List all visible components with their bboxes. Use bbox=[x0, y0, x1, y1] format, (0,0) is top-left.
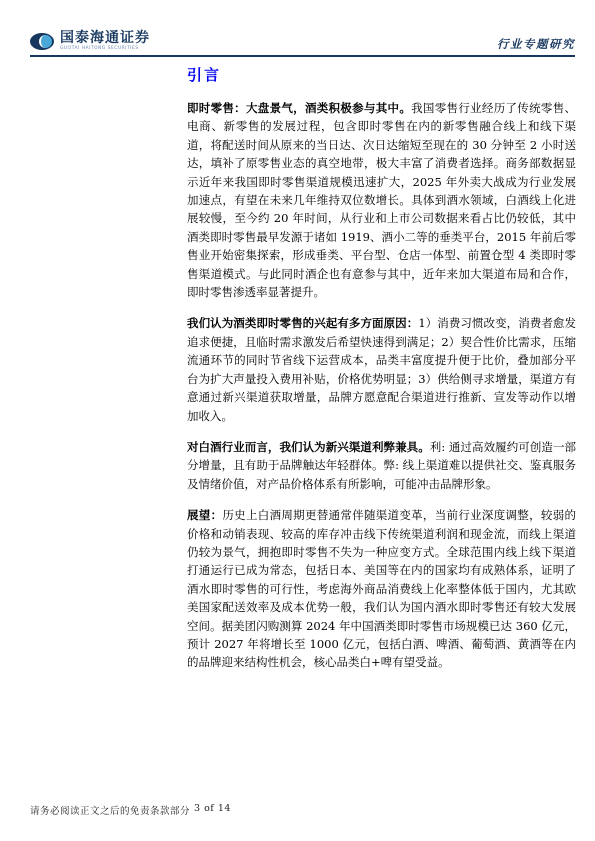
disclaimer-text: 请务必阅读正文之后的免责条款部分 bbox=[30, 803, 190, 817]
paragraph-lead: 对白酒行业而言，我们认为新兴渠道利弊兼具。 bbox=[187, 440, 430, 454]
paragraph-lead: 我们认为酒类即时零售的兴起有多方面原因： bbox=[187, 316, 418, 330]
company-name: 国泰海通证券 bbox=[60, 31, 165, 45]
company-logo: 国泰海通证券 GUOTAI HAITONG SECURITIES bbox=[30, 31, 165, 55]
page-footer: 请务必阅读正文之后的免责条款部分 3 of 14 bbox=[30, 803, 231, 817]
paragraph-instant-retail-overview: 即时零售：大盘景气，酒类积极参与其中。我国零售行业经历了传统零售、电商、新零售的… bbox=[187, 99, 576, 301]
paragraph-outlook: 展望：历史上白酒周期更替通常伴随渠道变革，当前行业深度调整，较弱的价格和动销表现… bbox=[187, 506, 576, 672]
page-number: 3 of 14 bbox=[194, 803, 231, 817]
report-type-label: 行业专题研究 bbox=[497, 36, 575, 55]
guotai-haitong-logo-icon bbox=[30, 33, 54, 50]
logo-text: 国泰海通证券 GUOTAI HAITONG SECURITIES bbox=[60, 31, 165, 52]
paragraph-rise-reasons: 我们认为酒类即时零售的兴起有多方面原因：1）消费习惯改变，消费者愈发追求便捷，且… bbox=[187, 314, 576, 424]
page-header: 国泰海通证券 GUOTAI HAITONG SECURITIES 行业专题研究 bbox=[30, 27, 575, 57]
paragraph-text: 历史上白酒周期更替通常伴随渠道变革，当前行业深度调整，较弱的价格和动销表现、较高… bbox=[187, 508, 576, 669]
company-name-english: GUOTAI HAITONG SECURITIES bbox=[60, 46, 139, 51]
paragraph-text: 我国零售行业经历了传统零售、电商、新零售的发展过程，包含即时零售在内的新零售融合… bbox=[187, 101, 576, 299]
paragraph-pros-cons: 对白酒行业而言，我们认为新兴渠道利弊兼具。利: 通过高效履约可创造一部分增量，且… bbox=[187, 438, 576, 493]
paragraph-lead: 即时零售：大盘景气，酒类积极参与其中。 bbox=[187, 101, 411, 115]
report-body: 引言 即时零售：大盘景气，酒类积极参与其中。我国零售行业经历了传统零售、电商、新… bbox=[187, 64, 576, 685]
paragraph-lead: 展望： bbox=[187, 508, 222, 522]
paragraph-text: 1）消费习惯改变，消费者愈发追求便捷，且临时需求激发后希望快速得到满足；2）契合… bbox=[187, 316, 576, 422]
section-title: 引言 bbox=[187, 64, 576, 85]
